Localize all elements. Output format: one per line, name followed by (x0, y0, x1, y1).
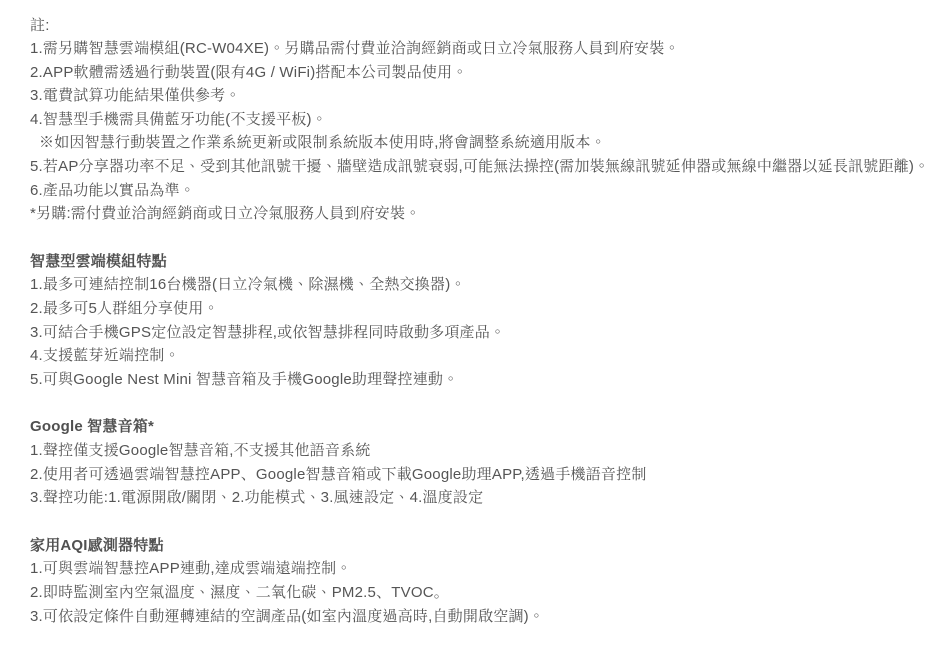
notes-title: 註: (30, 14, 913, 38)
section-aqi-sensor-features: 家用AQI感測器特點 1.可與雲端智慧控APP連動,達成雲端遠端控制。 2.即時… (30, 534, 913, 628)
section-heading: Google 智慧音箱* (30, 415, 913, 439)
note-subline: ※如因智慧行動裝置之作業系統更新或限制系統版本使用時,將會調整系統適用版本。 (30, 131, 913, 155)
feature-item: 2.最多可5人群組分享使用。 (30, 297, 913, 321)
notes-block: 註: 1.需另購智慧雲端模組(RC-W04XE)。另購品需付費並洽詢經銷商或日立… (30, 14, 913, 226)
feature-item: 2.即時監測室內空氣溫度、濕度、二氧化碳、PM2.5、TVOC。 (30, 581, 913, 605)
feature-item: 3.聲控功能:1.電源開啟/關閉、2.功能模式、3.風速設定、4.溫度設定 (30, 486, 913, 510)
feature-item: 5.可與Google Nest Mini 智慧音箱及手機Google助理聲控連動… (30, 368, 913, 392)
note-line: 3.電費試算功能結果僅供參考。 (30, 84, 913, 108)
note-line: 6.產品功能以實品為準。 (30, 179, 913, 203)
note-line: 1.需另購智慧雲端模組(RC-W04XE)。另購品需付費並洽詢經銷商或日立冷氣服… (30, 37, 913, 61)
feature-item: 2.使用者可透過雲端智慧控APP、Google智慧音箱或下載Google助理AP… (30, 463, 913, 487)
feature-item: 1.最多可連結控制16台機器(日立冷氣機、除濕機、全熱交換器)。 (30, 273, 913, 297)
section-heading: 智慧型雲端模組特點 (30, 250, 913, 274)
feature-item: 3.可依設定條件自動運轉連結的空調產品(如室內溫度過高時,自動開啟空調)。 (30, 605, 913, 629)
product-notes-page: 註: 1.需另購智慧雲端模組(RC-W04XE)。另購品需付費並洽詢經銷商或日立… (0, 0, 927, 650)
feature-item: 3.可結合手機GPS定位設定智慧排程,或依智慧排程同時啟動多項產品。 (30, 321, 913, 345)
feature-item: 1.可與雲端智慧控APP連動,達成雲端遠端控制。 (30, 557, 913, 581)
section-cloud-module-features: 智慧型雲端模組特點 1.最多可連結控制16台機器(日立冷氣機、除濕機、全熱交換器… (30, 250, 913, 392)
note-line: *另購:需付費並洽詢經銷商或日立冷氣服務人員到府安裝。 (30, 202, 913, 226)
feature-item: 4.支援藍芽近端控制。 (30, 344, 913, 368)
section-heading: 家用AQI感測器特點 (30, 534, 913, 558)
note-line: 5.若AP分享器功率不足、受到其他訊號干擾、牆壁造成訊號衰弱,可能無法操控(需加… (30, 155, 913, 179)
note-line: 2.APP軟體需透過行動裝置(限有4G / WiFi)搭配本公司製品使用。 (30, 61, 913, 85)
note-line: 4.智慧型手機需具備藍牙功能(不支援平板)。 (30, 108, 913, 132)
section-google-speaker: Google 智慧音箱* 1.聲控僅支援Google智慧音箱,不支援其他語音系統… (30, 415, 913, 509)
feature-item: 1.聲控僅支援Google智慧音箱,不支援其他語音系統 (30, 439, 913, 463)
